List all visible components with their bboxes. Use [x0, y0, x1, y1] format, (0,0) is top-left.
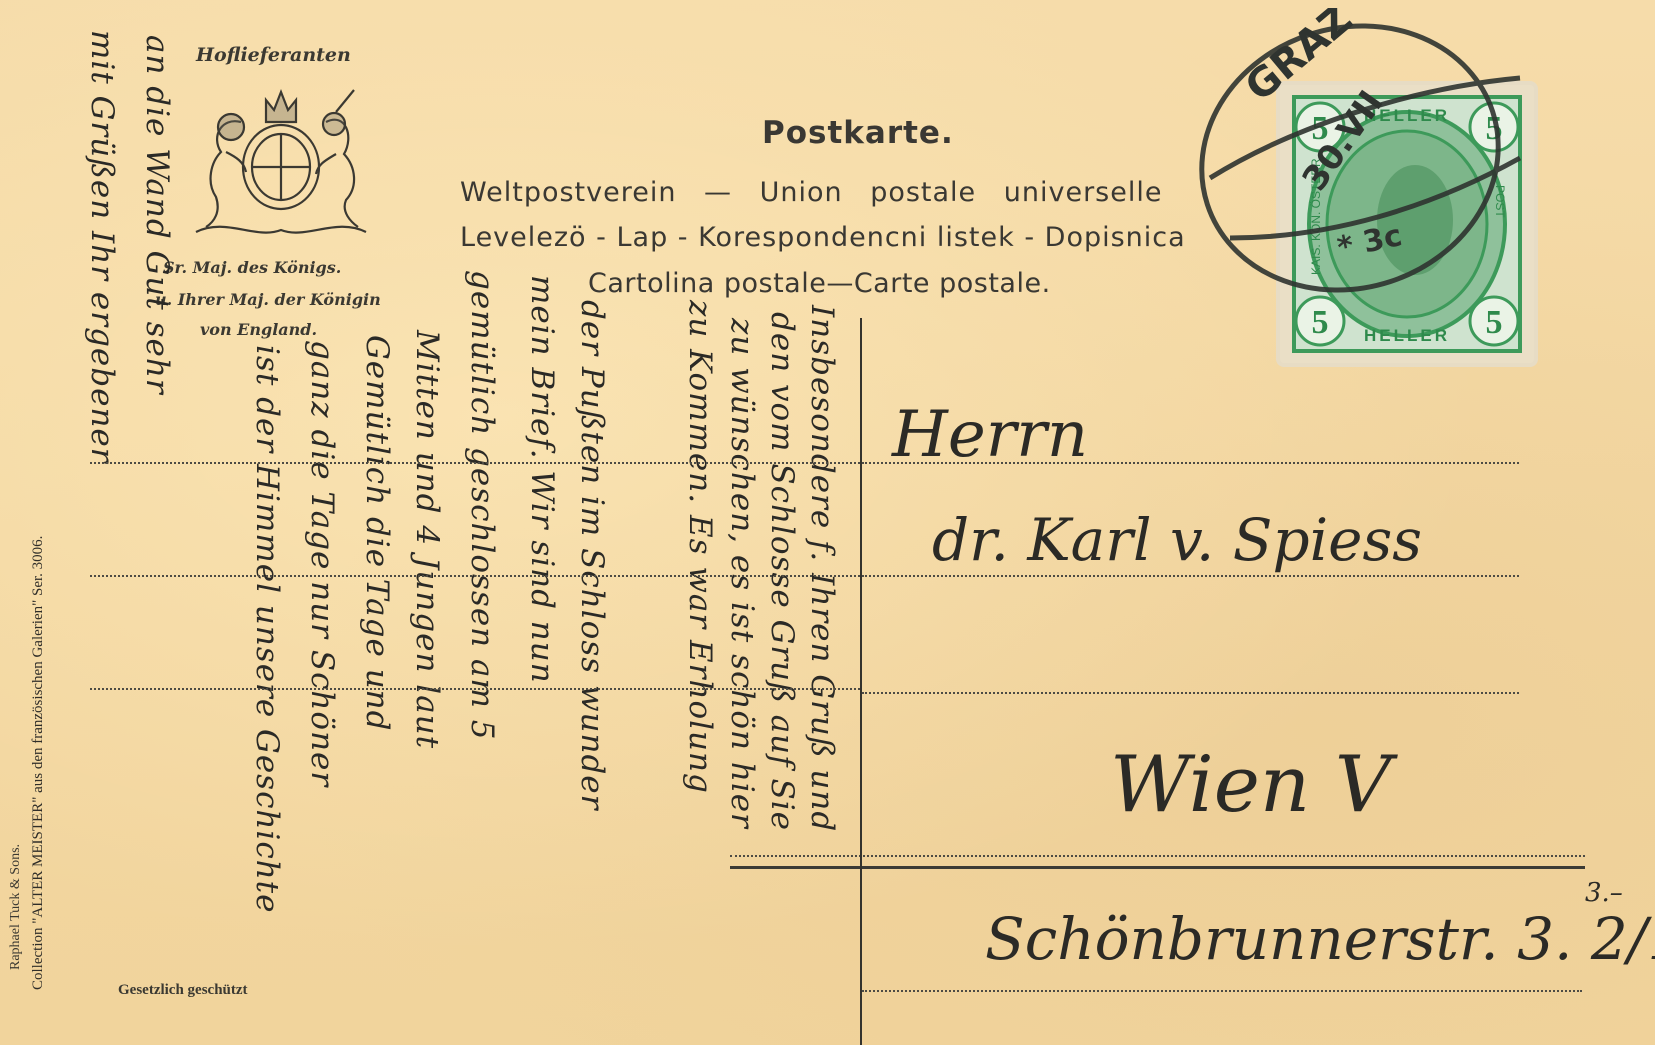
address-line-4: [730, 855, 1585, 857]
card-title: Postkarte.: [762, 115, 954, 151]
address-city: Wien V: [1110, 740, 1391, 830]
royal-coat-of-arms-icon: [186, 82, 376, 242]
publisher-imprint: Raphael Tuck & Sons.: [8, 844, 24, 970]
svg-text:5: 5: [1312, 304, 1329, 341]
svg-text:HELLER: HELLER: [1364, 106, 1450, 125]
message-line: gemütlich geschlossen am 5: [464, 270, 500, 740]
message-line: mit Grüßen Ihr ergebener: [84, 30, 120, 464]
address-salutation: Herrn: [892, 398, 1088, 472]
postcard: Postkarte. Weltpostverein — Union postal…: [0, 0, 1655, 1045]
message-line: zu wünschen, es ist schön hier: [724, 318, 760, 829]
address-rule: [730, 866, 1585, 869]
svg-text:5: 5: [1486, 304, 1503, 341]
address-recipient: dr. Karl v. Spiess: [932, 506, 1422, 574]
svg-text:5: 5: [1486, 110, 1503, 147]
royal-warrant-line-3: von England.: [200, 320, 317, 339]
svg-text:HELLER: HELLER: [1364, 326, 1450, 345]
stamp-artwork-icon: 5 5 5 5 HELLER HELLER KAIS. KÖN. ÖSTERR.…: [1280, 85, 1534, 363]
multilingual-line: Levelezö - Lap - Korespondencni listek -…: [460, 222, 1186, 253]
royal-warrant-line-2: u. Ihrer Maj. der Königin: [155, 290, 381, 309]
message-line: mein Brief. Wir sind nun: [524, 275, 560, 684]
address-street: Schönbrunnerstr. 3. 2/1: [985, 905, 1655, 973]
message-line: der Pußten im Schloss wunder: [574, 300, 610, 810]
svg-text:5: 5: [1312, 110, 1329, 147]
cartolina-line: Cartolina postale—Carte postale.: [588, 268, 1051, 299]
ruled-line: [90, 462, 860, 464]
address-line-5: [862, 990, 1582, 992]
ruled-line: [90, 688, 860, 690]
message-line: Mitten und 4 Jungen laut: [409, 330, 445, 749]
address-line-2: [862, 575, 1519, 577]
message-line: Gemütlich die Tage und: [359, 335, 395, 731]
copyright-notice: Gesetzlich geschützt: [118, 982, 248, 999]
message-line: ist der Himmel unsere Geschichte: [249, 345, 285, 913]
postage-stamp: 5 5 5 5 HELLER HELLER KAIS. KÖN. ÖSTERR.…: [1280, 85, 1534, 363]
svg-text:KAIS. KÖN. ÖSTERR.: KAIS. KÖN. ÖSTERR.: [1309, 155, 1323, 275]
message-line: ganz die Tage nur Schöner: [304, 340, 340, 787]
purveyor-label: Hoflieferanten: [196, 44, 351, 66]
upu-line: Weltpostverein — Union postale universel…: [460, 177, 1162, 208]
ruled-line: [90, 575, 860, 577]
royal-warrant-line-1: Sr. Maj. des Königs.: [163, 258, 341, 277]
svg-text:POST: POST: [1493, 185, 1507, 218]
address-note: 3.–: [1585, 878, 1623, 908]
series-imprint: Collection "ALTER MEISTER" aus den franz…: [30, 536, 47, 990]
message-line: an die Wand Gut sehr: [139, 35, 175, 395]
address-line-3: [862, 692, 1519, 694]
message-line: den vom Schlosse Gruß auf Sie: [764, 312, 800, 831]
message-line: Insbesondere f. Ihren Gruß und: [804, 305, 840, 832]
center-divider: [860, 318, 862, 1045]
message-line: zu Kommen. Es war Erholung: [682, 300, 718, 794]
